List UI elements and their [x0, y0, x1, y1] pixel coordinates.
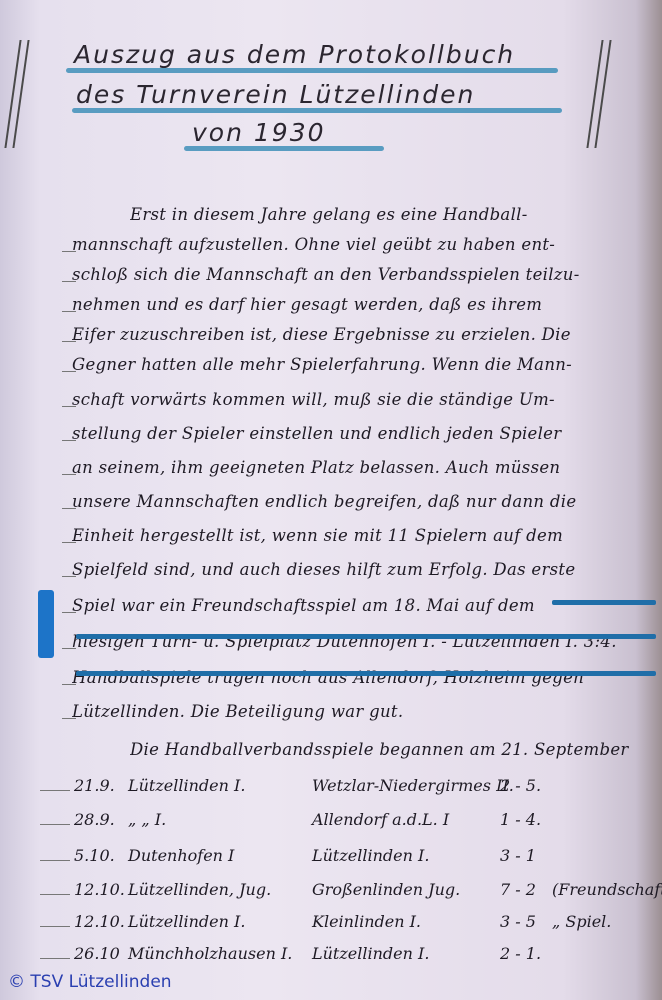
- body-line: schloß sich die Mannschaft an den Verban…: [72, 265, 657, 284]
- match-row: 12.10.Lützellinden, Jug.Großenlinden Jug…: [72, 880, 657, 908]
- match-home: Lützellinden I.: [128, 776, 245, 795]
- body-line: Einheit hergestellt ist, wenn sie mit 11…: [72, 526, 657, 545]
- body-line: Erst in diesem Jahre gelang es eine Hand…: [130, 205, 662, 224]
- margin-tick: [62, 371, 76, 372]
- margin-tick: [40, 894, 70, 895]
- margin-tick: [62, 406, 76, 407]
- margin-tick: [62, 341, 76, 342]
- match-row: 21.9.Lützellinden I.Wetzlar-Niedergirmes…: [72, 776, 657, 804]
- body-line: mannschaft aufzustellen. Ohne viel geübt…: [72, 235, 657, 254]
- margin-tick: [40, 958, 70, 959]
- body-line: Gegner hatten alle mehr Spielerfahrung. …: [72, 355, 657, 374]
- match-away: Lützellinden I.: [312, 944, 429, 963]
- margin-tick: [62, 281, 76, 282]
- match-row: 26.10Münchholzhausen I.Lützellinden I.2 …: [72, 944, 657, 972]
- margin-tick: [62, 311, 76, 312]
- match-home: Lützellinden I.: [128, 912, 245, 931]
- body-line: Spiel war ein Freundschaftsspiel am 18. …: [72, 596, 657, 615]
- body-line: schaft vorwärts kommen will, muß sie die…: [72, 390, 657, 409]
- title-line-2: des Turnverein Lützellinden: [76, 80, 475, 109]
- match-score: 2 - 5.: [500, 776, 541, 795]
- body-line: stellung der Spieler einstellen und endl…: [72, 424, 657, 443]
- match-away: Großenlinden Jug.: [312, 880, 460, 899]
- title-line-1: Auszug aus dem Protokollbuch: [74, 40, 515, 69]
- title-underline-2: [72, 108, 562, 113]
- match-away: Allendorf a.d.L. I: [312, 810, 449, 829]
- margin-tick: [62, 251, 76, 252]
- margin-tick: [40, 824, 70, 825]
- protocol-page: Auszug aus dem Protokollbuch des Turnver…: [0, 0, 662, 1000]
- match-score: 1 - 4.: [500, 810, 541, 829]
- margin-tick: [62, 474, 76, 475]
- body-line: an seinem, ihm geeigneten Platz belassen…: [72, 458, 657, 477]
- margin-tick: [40, 790, 70, 791]
- match-note: (Freundschafts: [552, 880, 662, 899]
- match-date: 21.9.: [74, 776, 115, 795]
- margin-tick: [62, 542, 76, 543]
- margin-tick: [62, 612, 76, 613]
- match-home: Lützellinden, Jug.: [128, 880, 271, 899]
- match-home: „ „ I.: [128, 810, 166, 829]
- match-score: 7 - 2: [500, 880, 536, 899]
- margin-tick: [62, 576, 76, 577]
- copyright-notice: © TSV Lützellinden: [8, 972, 172, 992]
- match-home: Dutenhofen I: [128, 846, 234, 865]
- match-date: 12.10.: [74, 880, 125, 899]
- blue-marker: [38, 590, 54, 658]
- highlight-underline-1: [552, 600, 656, 605]
- match-away: Wetzlar-Niedergirmes II.: [312, 776, 514, 795]
- match-date: 28.9.: [74, 810, 115, 829]
- title-underline-3: [184, 146, 384, 151]
- title-underline-1: [66, 68, 558, 73]
- margin-tick: [62, 440, 76, 441]
- body-line: Die Handballverbandsspiele begannen am 2…: [130, 740, 662, 759]
- match-date: 26.10: [74, 944, 120, 963]
- margin-tick: [62, 508, 76, 509]
- match-row: 28.9.„ „ I.Allendorf a.d.L. I1 - 4.: [72, 810, 657, 838]
- body-line: Lützellinden. Die Beteiligung war gut.: [72, 702, 657, 721]
- body-line: Spielfeld sind, und auch dieses hilft zu…: [72, 560, 657, 579]
- margin-tick: [40, 926, 70, 927]
- match-score: 3 - 1: [500, 846, 536, 865]
- body-line: Eifer zuzuschreiben ist, diese Ergebniss…: [72, 325, 657, 344]
- margin-tick: [40, 860, 70, 861]
- highlight-underline-3: [76, 671, 656, 676]
- match-row: 12.10.Lützellinden I.Kleinlinden I.3 - 5…: [72, 912, 657, 940]
- highlight-underline-2: [76, 634, 656, 639]
- match-score: 2 - 1.: [500, 944, 541, 963]
- margin-tick: [62, 684, 76, 685]
- match-home: Münchholzhausen I.: [128, 944, 292, 963]
- match-row: 5.10.Dutenhofen ILützellinden I.3 - 1: [72, 846, 657, 874]
- title-line-3: von 1930: [192, 118, 326, 147]
- match-date: 12.10.: [74, 912, 125, 931]
- body-line: nehmen und es darf hier gesagt werden, d…: [72, 295, 657, 314]
- match-score: 3 - 5: [500, 912, 536, 931]
- match-note: „ Spiel.: [552, 912, 611, 931]
- body-line: unsere Mannschaften endlich begreifen, d…: [72, 492, 657, 511]
- match-away: Kleinlinden I.: [312, 912, 421, 931]
- match-date: 5.10.: [74, 846, 115, 865]
- margin-tick: [62, 718, 76, 719]
- title-frame-right: [594, 40, 608, 148]
- margin-tick: [62, 648, 76, 649]
- match-away: Lützellinden I.: [312, 846, 429, 865]
- title-frame-left: [12, 40, 26, 148]
